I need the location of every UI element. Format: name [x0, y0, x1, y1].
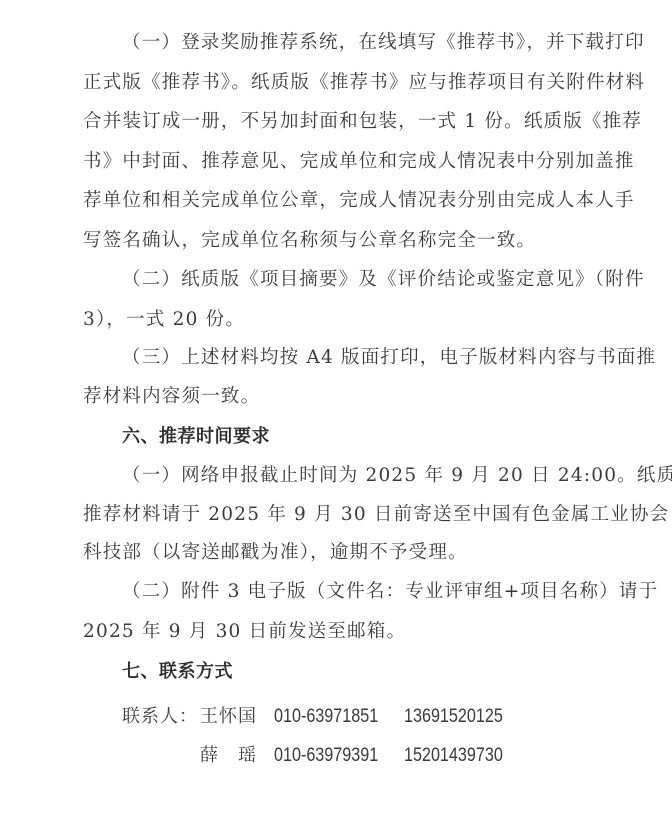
text-line: （二）附件 3 电子版（文件名：专业评审组+项目名称）请于: [122, 581, 603, 603]
text-line: （一）网络申报截止时间为 2025 年 9 月 20 日 24:00。纸质: [122, 465, 603, 487]
document-page: （一）登录奖励推荐系统，在线填写《推荐书》，并下载打印 正式版《推荐书》。纸质版…: [0, 0, 672, 833]
section-heading-schedule: 六、推荐时间要求: [122, 426, 270, 448]
text-line: 合并装订成一册，不另加封面和包装，一式 1 份。纸质版《推荐: [83, 111, 603, 133]
name-char: 王: [200, 706, 218, 728]
text-line: 3），一式 20 份。: [83, 309, 603, 331]
contact-mobile: 15201439730: [404, 745, 503, 767]
text-line: 荐材料内容须一致。: [83, 386, 603, 408]
contact-label: 联系人：: [122, 706, 198, 728]
text-line: 荐单位和相关完成单位公章，完成人情况表分别由完成人本人手: [83, 190, 603, 212]
contact-telephone: 010-63971851: [274, 706, 378, 728]
text-line: 推荐材料请于 2025 年 9 月 30 日前寄送至中国有色金属工业协会: [83, 504, 603, 526]
name-char: 怀: [219, 706, 237, 728]
text-line: （一）登录奖励推荐系统，在线填写《推荐书》，并下载打印: [122, 32, 603, 54]
text-line: （三）上述材料均按 A4 版面打印，电子版材料内容与书面推: [122, 347, 603, 369]
text-line: （二）纸质版《项目摘要》及《评价结论或鉴定意见》（附件: [122, 269, 603, 291]
name-char: 瑶: [238, 745, 256, 767]
text-line: 写签名确认，完成单位名称须与公章名称完全一致。: [83, 230, 603, 252]
contact-name: 薛 瑶: [200, 745, 256, 767]
contact-telephone: 010-63979391: [274, 745, 378, 767]
name-char: 薛: [200, 745, 218, 767]
text-line: 正式版《推荐书》。纸质版《推荐书》应与推荐项目有关附件材料: [83, 72, 603, 94]
section-heading-contact: 七、联系方式: [122, 661, 233, 683]
contact-mobile: 13691520125: [404, 706, 503, 728]
text-line: 2025 年 9 月 30 日前发送至邮箱。: [83, 621, 603, 643]
contact-name: 王 怀 国: [200, 706, 256, 728]
name-char: 国: [238, 706, 256, 728]
text-line: 科技部（以寄送邮戳为准），逾期不予受理。: [83, 542, 603, 564]
text-line: 书》中封面、推荐意见、完成单位和完成人情况表中分别加盖推: [83, 151, 603, 173]
